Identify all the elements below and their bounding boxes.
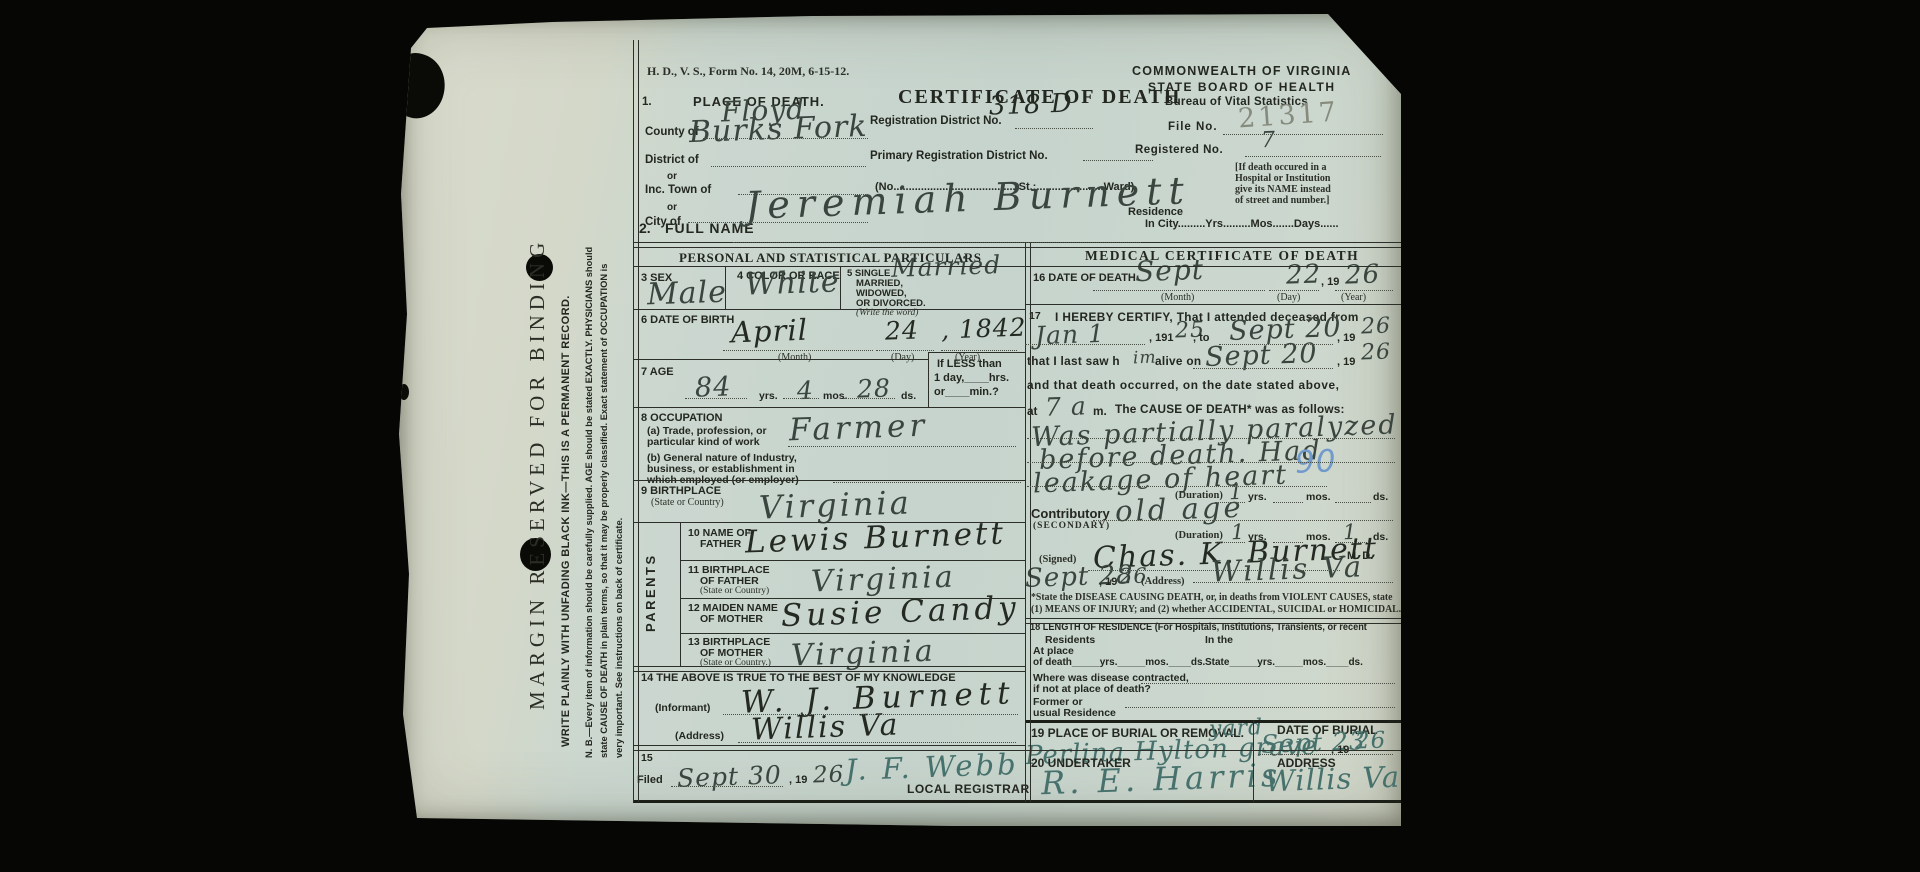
- dotted-leader: [1193, 582, 1393, 583]
- rule: [928, 352, 929, 407]
- contributory-label: Contributory: [1031, 506, 1110, 521]
- filed-year-printed: , 19: [789, 774, 807, 786]
- section-1-number: 1.: [642, 96, 652, 108]
- hospital-note-line: give its NAME instead: [1235, 184, 1331, 195]
- undertaker-value: R. E. Harris: [1040, 756, 1282, 802]
- filed-year-value: 26: [813, 761, 845, 788]
- dotted-leader: [1027, 486, 1327, 487]
- rule: [1025, 720, 1401, 723]
- dod-month-caption: (Month): [1161, 292, 1194, 303]
- occupation-label: 8 OCCUPATION: [641, 412, 723, 424]
- rule: [1253, 720, 1254, 802]
- local-registrar-label: LOCAL REGISTRAR: [907, 782, 1030, 796]
- scan-background: MARGIN RESERVED FOR BINDING WRITE PLAINL…: [0, 0, 1920, 872]
- informant-label: (Informant): [655, 702, 710, 714]
- sex-value: Male: [646, 275, 727, 313]
- dotted-leader: [1335, 502, 1371, 503]
- age-label: 7 AGE: [641, 366, 674, 378]
- printed-19: , 19: [1337, 356, 1355, 368]
- rule: [633, 800, 1401, 803]
- date-of-death-label: 16 DATE OF DEATH: [1033, 272, 1136, 284]
- dotted-leader: [1258, 754, 1393, 755]
- dotted-leader: [1215, 542, 1245, 543]
- printed-191: , 191: [1149, 332, 1173, 344]
- margin-nb-line3: very important. See instructions on back…: [614, 518, 624, 758]
- m-label: m.: [1093, 404, 1107, 418]
- dotted-leader: [1335, 542, 1371, 543]
- date-of-death-year: 26: [1344, 259, 1380, 290]
- dob-month-caption: (Month): [778, 352, 811, 363]
- dotted-leader: [1335, 290, 1393, 291]
- dod-year-caption: (Year): [1341, 292, 1366, 303]
- dob-day-caption: (Day): [891, 352, 914, 363]
- contributory-value: old age: [1114, 490, 1244, 528]
- dotted-leader: [685, 398, 747, 399]
- color-race-value: White: [744, 264, 840, 302]
- informant-address-label: (Address): [675, 730, 724, 742]
- dotted-leader: [1125, 707, 1395, 708]
- residence18-in-the: In the: [1205, 634, 1233, 646]
- dotted-leader: [703, 138, 868, 139]
- rule: [633, 359, 928, 360]
- dotted-leader: [1088, 570, 1340, 571]
- less-than-line: or____min.?: [934, 386, 999, 398]
- dotted-leader: [1215, 502, 1245, 503]
- district-label: District of: [645, 154, 699, 166]
- hospital-note-line: of street and number.]: [1235, 195, 1329, 206]
- registered-no-value: 7: [1261, 128, 1277, 154]
- dob-year-value: , 1842: [941, 313, 1027, 345]
- rule: [633, 666, 1025, 672]
- occupation-a-line: particular kind of work: [647, 436, 760, 448]
- residence18-former-line: usual Residence: [1033, 707, 1116, 719]
- printed-19: , 19: [1337, 332, 1355, 344]
- dotted-leader: [723, 350, 873, 351]
- age-yrs-label: yrs.: [759, 390, 778, 402]
- dotted-leader: [1273, 502, 1303, 503]
- registrar-signature: J. F. Webb: [844, 747, 1019, 787]
- dotted-leader: [1245, 156, 1381, 157]
- full-name-number: 2.: [639, 220, 651, 236]
- rule: [725, 266, 726, 309]
- mother-maiden-value: Susie Candy: [780, 590, 1020, 634]
- rule: [680, 598, 1025, 599]
- commonwealth-line: COMMONWEALTH OF VIRGINIA: [1132, 64, 1352, 78]
- rule: [633, 745, 1025, 751]
- rule: [1025, 304, 1401, 305]
- dotted-leader: [1027, 462, 1395, 463]
- dotted-leader: [876, 350, 934, 351]
- rule: [633, 40, 639, 802]
- dob-month-value: April: [730, 313, 808, 350]
- dotted-leader: [1083, 160, 1153, 161]
- date-of-death-month: Sept: [1134, 253, 1204, 288]
- hospital-note-line: [If death occured in a: [1235, 162, 1326, 173]
- dod-day-caption: (Day): [1277, 292, 1300, 303]
- dotted-leader: [1015, 128, 1093, 129]
- dob-label: 6 DATE OF BIRTH: [641, 314, 734, 326]
- printed-19: , 19: [1099, 576, 1117, 588]
- dotted-leader: [738, 742, 1016, 743]
- form-number: H. D., V. S., Form No. 14, 20M, 6-15-12.: [647, 64, 849, 79]
- rule: [1025, 618, 1401, 624]
- last-saw-year: 26: [1361, 339, 1392, 365]
- last-saw-line: that I last saw h: [1027, 354, 1120, 368]
- age-ds-label: ds.: [901, 390, 916, 402]
- dotted-leader: [1093, 290, 1265, 291]
- rule: [633, 266, 1401, 267]
- birthplace-caption: (State or Country): [651, 497, 724, 508]
- birthplace-label: 9 BIRTHPLACE: [641, 485, 721, 497]
- hospital-note-line: Hospital or Institution: [1235, 173, 1330, 184]
- residence18-contracted-line: if not at place of death?: [1033, 683, 1151, 695]
- attended-from-value: Jan 1: [1035, 319, 1106, 350]
- father-birthplace-caption: (State or Country): [700, 586, 769, 596]
- less-than-line: If LESS than: [937, 358, 1002, 370]
- filed-section-number: 15: [641, 752, 653, 764]
- mother-maiden-label: OF MOTHER: [700, 613, 763, 625]
- dotted-leader: [783, 398, 819, 399]
- torn-edge-blob: [380, 47, 453, 125]
- rule: [633, 407, 1025, 408]
- age-months-value: 4: [796, 376, 814, 406]
- dotted-leader: [941, 350, 1017, 351]
- rule: [633, 480, 1025, 481]
- dotted-leader: [843, 398, 895, 399]
- district-value: Burks Fork: [688, 109, 868, 150]
- age-days-value: 28: [857, 373, 892, 403]
- alive-on-label: alive on: [1155, 354, 1201, 368]
- residence18-at-place: At place: [1033, 645, 1074, 657]
- dotted-leader: [833, 482, 1021, 483]
- age-mos-label: mos.: [823, 390, 848, 402]
- dotted-leader: [1141, 683, 1395, 684]
- rule: [680, 560, 1025, 561]
- filed-date-value: Sept 30: [677, 760, 783, 793]
- rule: [680, 522, 681, 666]
- parents-label: PARENTS: [643, 553, 658, 632]
- dotted-leader: [1223, 134, 1383, 135]
- residence-in-city-line: In City.........Yrs.........Mos.......Da…: [1145, 218, 1339, 230]
- registered-no-label: Registered No.: [1135, 144, 1223, 156]
- duration-ds-label: ds.: [1373, 491, 1388, 503]
- registration-district-value: 318 D: [989, 89, 1074, 122]
- dod-year-printed: , 19: [1321, 276, 1339, 288]
- undertaker-address-value: Willis Va: [1264, 760, 1400, 799]
- inc-town-label: Inc. Town of: [645, 184, 711, 196]
- less-than-line: 1 day,____hrs.: [934, 372, 1009, 384]
- rule: [1025, 750, 1401, 751]
- last-saw-mark: im: [1133, 348, 1157, 369]
- dotted-leader: [1093, 520, 1393, 521]
- rule: [928, 352, 1025, 353]
- date-of-death-day: 22: [1285, 259, 1321, 290]
- rule: [1025, 242, 1031, 802]
- rule: [633, 309, 1025, 310]
- dotted-leader: [711, 166, 866, 167]
- residence18-state-line: State_____yrs._____mos.____ds.: [1205, 657, 1363, 668]
- occupation-value: Farmer: [788, 408, 928, 449]
- duration-yrs-label: yrs.: [1248, 491, 1267, 503]
- filed-label: Filed: [637, 774, 663, 786]
- dotted-leader: [688, 222, 868, 223]
- primary-registration-label: Primary Registration District No.: [870, 150, 1048, 162]
- file-no-value: 21317: [1237, 97, 1340, 135]
- death-occurred-line: and that death occurred, on the date sta…: [1027, 378, 1340, 392]
- dotted-leader: [671, 786, 783, 787]
- death-time-value: 7 a: [1045, 391, 1088, 421]
- dotted-leader: [788, 446, 1016, 447]
- dotted-leader: [1219, 344, 1333, 345]
- father-name-label: FATHER: [700, 538, 741, 550]
- registration-district-label: Registration District No.: [870, 115, 1002, 127]
- margin-nb-line1: N. B.—Every item of information should b…: [584, 247, 594, 758]
- attended-to-year: 26: [1361, 313, 1392, 339]
- duration-mos-label: mos.: [1306, 491, 1331, 503]
- dotted-leader: [723, 714, 1018, 715]
- footnote-line: *State the DISEASE CAUSING DEATH, or, in…: [1031, 592, 1392, 603]
- dob-day-value: 24: [885, 315, 920, 345]
- or-label: or: [667, 171, 677, 182]
- rule: [680, 633, 1025, 634]
- margin-binding-note: MARGIN RESERVED FOR BINDING: [525, 238, 550, 710]
- rule: [840, 266, 841, 309]
- footnote-line: (1) MEANS OF INJURY; and (2) whether ACC…: [1031, 604, 1401, 615]
- dotted-leader: [733, 242, 1141, 243]
- dotted-leader: [1273, 542, 1303, 543]
- certificate-paper: MARGIN RESERVED FOR BINDING WRITE PLAINL…: [393, 14, 1401, 826]
- file-no-label: File No.: [1168, 121, 1218, 133]
- margin-nb-line2: state CAUSE OF DEATH in plain terms, so …: [599, 264, 609, 758]
- full-name-value: Jeremiah Burnett: [744, 168, 1191, 228]
- dotted-leader: [1027, 438, 1395, 439]
- margin-write-plainly-note: WRITE PLAINLY WITH UNFADING BLACK INK—TH…: [560, 295, 572, 747]
- signed-address-label: (Address): [1141, 576, 1185, 587]
- dotted-leader: [738, 194, 868, 195]
- dotted-leader: [1025, 344, 1145, 345]
- or-label: or: [667, 202, 677, 213]
- dotted-leader: [1269, 290, 1319, 291]
- dotted-leader: [1193, 368, 1333, 369]
- residence18-of-death-line: of death_____yrs._____mos.____ds.: [1033, 657, 1205, 668]
- secondary-label: (SECONDARY): [1033, 521, 1110, 531]
- board-line: STATE BOARD OF HEALTH: [1148, 80, 1336, 94]
- edge-nick: [399, 384, 409, 400]
- rule: [633, 522, 1025, 523]
